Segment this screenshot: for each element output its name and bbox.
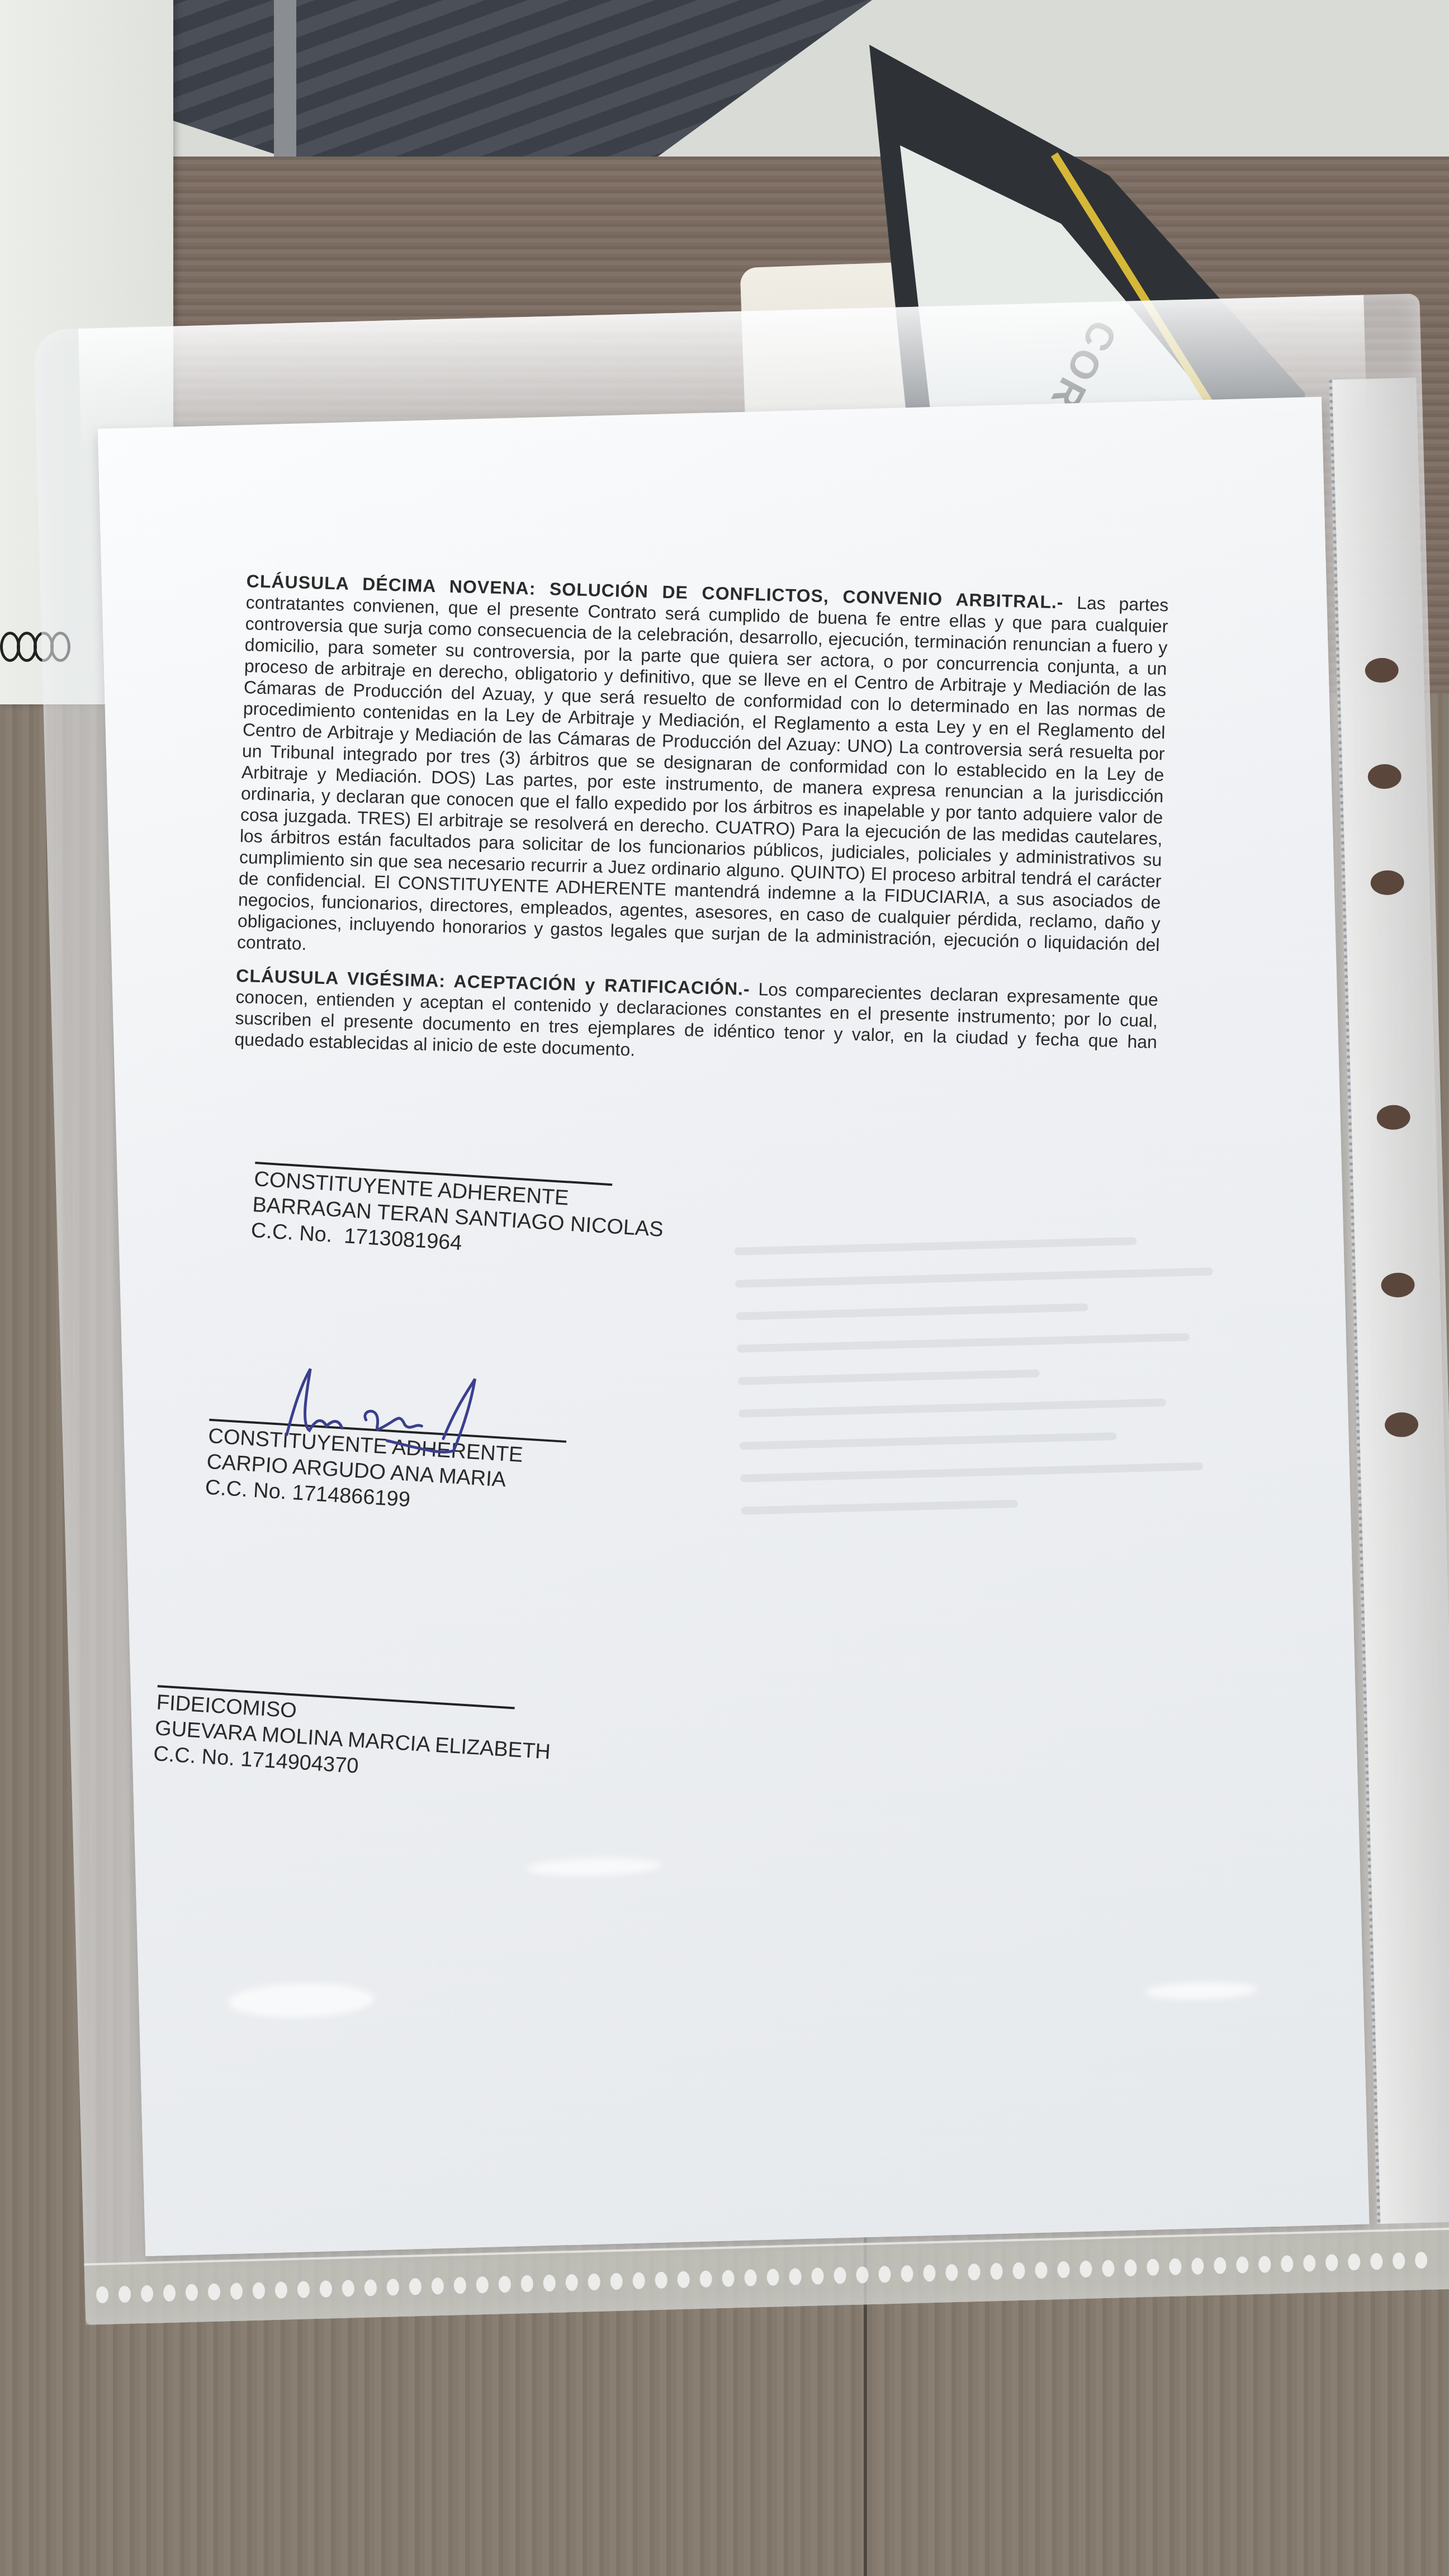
bleed-through-text <box>733 1210 1245 1539</box>
signature-block: CONSTITUYENTE ADHERENTE CARPIO ARGUDO AN… <box>204 1419 566 1522</box>
clause-19: CLÁUSULA DÉCIMA NOVENA: SOLUCIÓN DE CONF… <box>236 570 1168 977</box>
clause-text: Las partes contratantes convienen, que e… <box>237 592 1169 955</box>
sheet-protector: CLÁUSULA DÉCIMA NOVENA: SOLUCIÓN DE CONF… <box>34 293 1449 2325</box>
signature-block: FIDEICOMISO GUEVARA MOLINA MARCIA ELIZAB… <box>153 1685 553 1791</box>
clause-20: CLÁUSULA VIGÉSIMA: ACEPTACIÓN y RATIFICA… <box>234 965 1158 1074</box>
punch-hole <box>1381 1272 1415 1298</box>
punch-hole <box>1367 764 1401 789</box>
chair-frame <box>274 0 296 159</box>
document-body: CLÁUSULA DÉCIMA NOVENA: SOLUCIÓN DE CONF… <box>234 570 1168 1086</box>
punch-hole <box>1385 1412 1419 1438</box>
signature-block: CONSTITUYENTE ADHERENTE BARRAGAN TERAN S… <box>250 1162 666 1268</box>
contract-page: CLÁUSULA DÉCIMA NOVENA: SOLUCIÓN DE CONF… <box>98 397 1370 2256</box>
punch-hole <box>1370 870 1404 896</box>
light-reflection <box>228 1982 374 2019</box>
light-reflection <box>527 1857 661 1877</box>
punch-hole <box>1365 657 1399 683</box>
punch-hole <box>1376 1105 1410 1130</box>
handwritten-signature-icon <box>275 1361 537 1461</box>
light-reflection <box>1145 1981 1257 2001</box>
